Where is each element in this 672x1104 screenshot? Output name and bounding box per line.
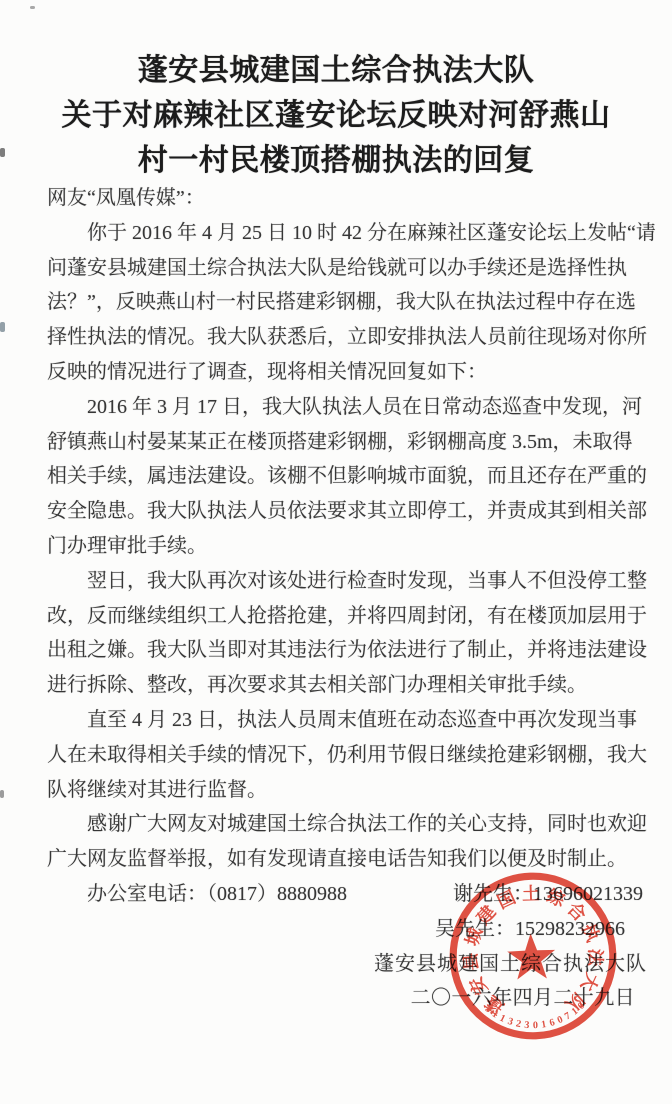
body-line: 你于 2016 年 4 月 25 日 10 时 42 分在麻辣社区蓬安论坛上发帖… — [47, 216, 647, 251]
body-line: 出租之嫌。我大队当即对其违法行为依法进行了制止，并将违法建设 — [47, 633, 647, 668]
scan-speck — [0, 148, 5, 157]
seal-ring-char: 执 — [578, 920, 604, 945]
seal-code-digit: 0 — [556, 1014, 565, 1026]
body-line: 直至 4 月 23 日，执法人员周末值班在动态巡查中再次发现当事 — [47, 703, 647, 738]
seal-code-digit: 0 — [533, 1020, 538, 1031]
body-line: 法？”，反映燕山村一村民搭建彩钢棚，我大队在执法过程中存在选 — [47, 285, 647, 320]
scan-speck — [30, 6, 35, 9]
body-line: 感谢广大网友对城建国土综合执法工作的关心支持，同时也欢迎 — [47, 807, 647, 842]
seal-code-digit: 6 — [548, 1017, 556, 1029]
document-title: 蓬安县城建国土综合执法大队 关于对麻辣社区蓬安论坛反映对河舒燕山 村一村民楼顶搭… — [0, 48, 672, 183]
seal-ring-char: 大 — [577, 970, 604, 995]
seal-ring-char: 土 — [522, 882, 541, 904]
body-line: 问蓬安县城建国土综合执法大队是给钱就可以办手续还是选择性执 — [47, 251, 647, 286]
body-line: 网友“凤凰传媒”： — [47, 181, 647, 216]
office-phone: 办公室电话：（0817）8880988 — [47, 877, 347, 912]
body-line: 反映的情况进行了调查，现将相关情况回复如下： — [47, 355, 647, 390]
body-line: 队将继续对其进行监督。 — [47, 773, 647, 808]
body-line: 2016 年 3 月 17 日，我大队执法人员在日常动态巡查中发现，河 — [47, 390, 647, 425]
body-line: 择性执法的情况。我大队获悉后，立即安排执法人员前往现场对你所 — [47, 320, 647, 355]
document-page: 蓬安县城建国土综合执法大队 关于对麻辣社区蓬安论坛反映对河舒燕山 村一村民楼顶搭… — [0, 0, 672, 1104]
seal-ring-char: 县 — [460, 952, 482, 972]
seal-code-digit: 1 — [541, 1019, 548, 1031]
body-line: 进行拆除、整改，再次要求其去相关部门办理相关审批手续。 — [47, 668, 647, 703]
title-line-3: 村一村民楼顶搭棚执法的回复 — [0, 138, 672, 183]
scan-speck — [0, 322, 5, 332]
title-line-2: 关于对麻辣社区蓬安论坛反映对河舒燕山 — [0, 93, 672, 138]
body-line: 翌日，我大队再次对该处进行检查时发现，当事人不但没停工整 — [47, 564, 647, 599]
body-line: 安全隐患。我大队执法人员依法要求其立即停工，并责成其到相关部 — [47, 494, 647, 529]
body-line: 改，反而继续组织工人抢搭抢建，并将四周封闭，有在楼顶加层用于 — [47, 599, 647, 634]
seal-code-digit: 3 — [524, 1020, 530, 1031]
body-line: 舒镇燕山村晏某某正在楼顶搭建彩钢棚，彩钢棚高度 3.5m，未取得 — [47, 425, 647, 460]
seal-ring-char: 安 — [464, 973, 491, 999]
title-line-1: 蓬安县城建国土综合执法大队 — [0, 48, 672, 93]
seal-code-digit: 3 — [506, 1016, 514, 1028]
body-line: 人在未取得相关手续的情况下，仍利用节假日继续抢建彩钢棚，我大 — [47, 738, 647, 773]
seal-code-digit: 2 — [515, 1018, 522, 1030]
scan-speck — [0, 790, 4, 798]
body-lines: 网友“凤凰传媒”：你于 2016 年 4 月 25 日 10 时 42 分在麻辣… — [47, 181, 647, 877]
seal-ring-char: 综 — [544, 885, 568, 911]
seal-ring-char: 法 — [585, 948, 606, 966]
seal-ring-char: 城 — [462, 925, 487, 948]
body-line: 相关手续，属违法建设。该棚不但影响城市面貌，而且还存在严重的 — [47, 459, 647, 494]
body-line: 门办理审批手续。 — [47, 529, 647, 564]
star-icon — [507, 933, 556, 980]
official-seal: 蓬安县城建国土综合执法大队 5113230160710 — [446, 869, 620, 1043]
seal-ring-char: 国 — [494, 887, 519, 913]
